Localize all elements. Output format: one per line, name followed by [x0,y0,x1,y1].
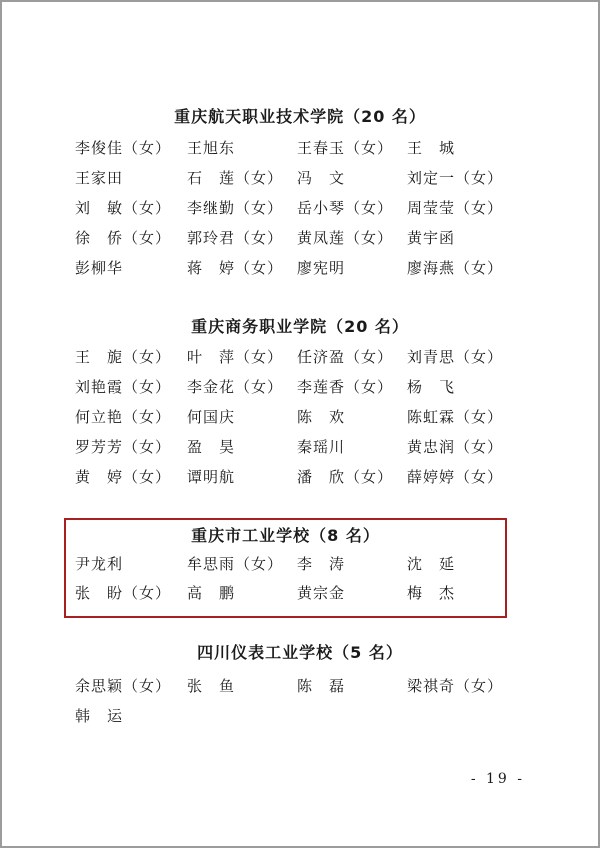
name-cell: 蒋 婷（女） [187,253,297,283]
name-row: 王家田 石 莲（女） 冯 文 刘定一（女） [75,163,598,193]
name-cell: 王旭东 [187,133,297,163]
name-list: 余思颖（女） 张 鱼 陈 磊 梁祺奇（女） 韩 运 [75,671,598,731]
name-cell: 高 鹏 [187,579,297,608]
name-row: 李俊佳（女） 王旭东 王春玉（女） 王 城 [75,133,598,163]
name-cell: 黄 婷（女） [75,462,187,492]
name-cell: 王家田 [75,163,187,193]
name-cell: 何立艳（女） [75,402,187,432]
name-cell: 黄宗金 [297,579,407,608]
name-cell: 李俊佳（女） [75,133,187,163]
name-row: 韩 运 [75,701,598,731]
name-cell: 刘艳霞（女） [75,372,187,402]
name-row: 尹龙利 牟思雨（女） 李 涛 沈 延 [75,550,505,579]
name-cell: 王春玉（女） [297,133,407,163]
name-row: 刘 敏（女） 李继勤（女） 岳小琴（女） 周莹莹（女） [75,193,598,223]
name-cell: 王 旎（女） [75,342,187,372]
name-list: 李俊佳（女） 王旭东 王春玉（女） 王 城 王家田 石 莲（女） 冯 文 刘定一… [75,133,598,283]
name-cell: 薛婷婷（女） [407,462,517,492]
name-cell [297,701,407,731]
section-chongqing-industry-school: 重庆市工业学校（8 名） 尹龙利 牟思雨（女） 李 涛 沈 延 张 盼（女） 高… [66,527,505,608]
name-cell: 谭明航 [187,462,297,492]
name-row: 刘艳霞（女） 李金花（女） 李莲香（女） 杨 飞 [75,372,598,402]
page-number: - 19 - [2,771,525,787]
name-cell: 陈虹霖（女） [407,402,517,432]
name-row: 彭柳华 蒋 婷（女） 廖宪明 廖海燕（女） [75,253,598,283]
name-cell: 潘 欣（女） [297,462,407,492]
section-sichuan-instrument-school: 四川仪表工业学校（5 名） 余思颖（女） 张 鱼 陈 磊 梁祺奇（女） 韩 运 [2,644,598,731]
name-cell: 刘定一（女） [407,163,517,193]
name-cell: 黄宇函 [407,223,517,253]
document-page: 重庆航天职业技术学院（20 名） 李俊佳（女） 王旭东 王春玉（女） 王 城 王… [0,0,600,848]
name-cell: 尹龙利 [75,550,187,579]
name-cell: 沈 延 [407,550,517,579]
name-row: 罗芳芳（女） 盈 昊 秦瑶川 黄忠润（女） [75,432,598,462]
name-cell: 刘青思（女） [407,342,517,372]
name-cell: 周莹莹（女） [407,193,517,223]
section-title: 重庆航天职业技术学院（20 名） [2,108,598,126]
section-title: 重庆市工业学校（8 名） [66,527,505,545]
name-row: 张 盼（女） 高 鹏 黄宗金 梅 杰 [75,579,505,608]
name-cell: 张 盼（女） [75,579,187,608]
name-cell: 李继勤（女） [187,193,297,223]
name-cell: 陈 磊 [297,671,407,701]
name-cell: 罗芳芳（女） [75,432,187,462]
name-row: 黄 婷（女） 谭明航 潘 欣（女） 薛婷婷（女） [75,462,598,492]
name-cell: 廖宪明 [297,253,407,283]
highlight-box: 重庆市工业学校（8 名） 尹龙利 牟思雨（女） 李 涛 沈 延 张 盼（女） 高… [64,518,507,618]
name-list: 王 旎（女） 叶 萍（女） 任济盈（女） 刘青思（女） 刘艳霞（女） 李金花（女… [75,342,598,492]
section-chongqing-aerospace: 重庆航天职业技术学院（20 名） 李俊佳（女） 王旭东 王春玉（女） 王 城 王… [2,2,598,283]
name-cell: 梅 杰 [407,579,517,608]
name-cell: 梁祺奇（女） [407,671,517,701]
name-cell: 余思颖（女） [75,671,187,701]
name-cell: 何国庆 [187,402,297,432]
section-title: 四川仪表工业学校（5 名） [2,644,598,662]
name-cell: 韩 运 [75,701,187,731]
name-cell: 秦瑶川 [297,432,407,462]
name-cell [187,701,297,731]
name-cell: 徐 侨（女） [75,223,187,253]
name-cell: 陈 欢 [297,402,407,432]
name-row: 徐 侨（女） 郭玲君（女） 黄凤莲（女） 黄宇函 [75,223,598,253]
name-cell: 叶 萍（女） [187,342,297,372]
name-cell: 牟思雨（女） [187,550,297,579]
name-cell [407,701,517,731]
name-row: 王 旎（女） 叶 萍（女） 任济盈（女） 刘青思（女） [75,342,598,372]
name-cell: 任济盈（女） [297,342,407,372]
name-cell: 岳小琴（女） [297,193,407,223]
name-cell: 杨 飞 [407,372,517,402]
name-cell: 郭玲君（女） [187,223,297,253]
name-cell: 王 城 [407,133,517,163]
name-cell: 黄凤莲（女） [297,223,407,253]
name-row: 余思颖（女） 张 鱼 陈 磊 梁祺奇（女） [75,671,598,701]
name-cell: 李莲香（女） [297,372,407,402]
name-cell: 黄忠润（女） [407,432,517,462]
name-cell: 张 鱼 [187,671,297,701]
section-chongqing-business: 重庆商务职业学院（20 名） 王 旎（女） 叶 萍（女） 任济盈（女） 刘青思（… [2,318,598,492]
name-cell: 石 莲（女） [187,163,297,193]
name-cell: 盈 昊 [187,432,297,462]
name-list: 尹龙利 牟思雨（女） 李 涛 沈 延 张 盼（女） 高 鹏 黄宗金 梅 杰 [75,550,505,608]
section-title: 重庆商务职业学院（20 名） [2,318,598,336]
name-row: 何立艳（女） 何国庆 陈 欢 陈虹霖（女） [75,402,598,432]
name-cell: 刘 敏（女） [75,193,187,223]
name-cell: 彭柳华 [75,253,187,283]
name-cell: 廖海燕（女） [407,253,517,283]
name-cell: 李 涛 [297,550,407,579]
name-cell: 冯 文 [297,163,407,193]
name-cell: 李金花（女） [187,372,297,402]
